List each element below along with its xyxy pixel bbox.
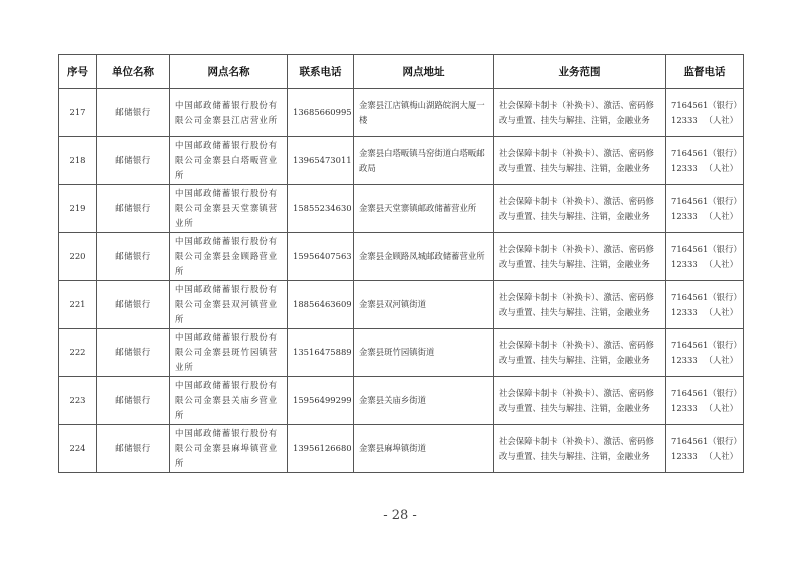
cell-outlet-name: 中国邮政储蓄银行股份有限公司金寨县关庙乡营业所: [170, 377, 288, 425]
supervision-hr-label: （人社）: [705, 449, 739, 464]
supervision-hr-label: （人社）: [705, 305, 739, 320]
header-index: 序号: [59, 55, 97, 89]
cell-contact-phone: 15855234630: [288, 185, 354, 233]
table-row: 223邮储银行中国邮政储蓄银行股份有限公司金寨县关庙乡营业所1595649929…: [59, 377, 744, 425]
cell-supervision-phone: 7164561（银行）12333（人社）: [666, 425, 744, 473]
cell-unit: 邮储银行: [97, 377, 170, 425]
supervision-hr-number: 12333: [671, 161, 698, 176]
supervision-hr-line: 12333（人社）: [671, 449, 738, 464]
supervision-hr-label: （人社）: [705, 401, 739, 416]
supervision-hr-number: 12333: [671, 209, 698, 224]
supervision-hr-label: （人社）: [705, 161, 739, 176]
cell-index: 219: [59, 185, 97, 233]
cell-business-scope: 社会保障卡制卡（补换卡）、激活、密码修改与重置、挂失与解挂、注销，金融业务: [494, 137, 666, 185]
cell-contact-phone: 18856463609: [288, 281, 354, 329]
cell-address: 金寨县白塔畈镇马窑街道白塔畈邮政局: [354, 137, 494, 185]
cell-index: 217: [59, 89, 97, 137]
supervision-bank-line: 7164561（银行）: [671, 338, 738, 353]
supervision-bank-line: 7164561（银行）: [671, 290, 738, 305]
cell-address: 金寨县江店镇梅山湖路皖润大厦一楼: [354, 89, 494, 137]
header-unit: 单位名称: [97, 55, 170, 89]
cell-supervision-phone: 7164561（银行）12333（人社）: [666, 89, 744, 137]
cell-contact-phone: 13516475889: [288, 329, 354, 377]
cell-contact-phone: 13956126680: [288, 425, 354, 473]
cell-business-scope: 社会保障卡制卡（补换卡）、激活、密码修改与重置、挂失与解挂、注销，金融业务: [494, 89, 666, 137]
cell-index: 224: [59, 425, 97, 473]
supervision-hr-number: 12333: [671, 449, 698, 464]
supervision-hr-line: 12333（人社）: [671, 305, 738, 320]
page-number: - 28 -: [0, 508, 800, 523]
supervision-hr-number: 12333: [671, 305, 698, 320]
cell-address: 金寨县双河镇街道: [354, 281, 494, 329]
cell-outlet-name: 中国邮政储蓄银行股份有限公司金寨县双河镇营业所: [170, 281, 288, 329]
cell-unit: 邮储银行: [97, 425, 170, 473]
cell-business-scope: 社会保障卡制卡（补换卡）、激活、密码修改与重置、挂失与解挂、注销，金融业务: [494, 329, 666, 377]
table-row: 217邮储银行中国邮政储蓄银行股份有限公司金寨县江店营业所13685660995…: [59, 89, 744, 137]
cell-unit: 邮储银行: [97, 137, 170, 185]
supervision-hr-label: （人社）: [705, 257, 739, 272]
table-row: 219邮储银行中国邮政储蓄银行股份有限公司金寨县天堂寨镇营业所158552346…: [59, 185, 744, 233]
supervision-hr-line: 12333（人社）: [671, 161, 738, 176]
cell-contact-phone: 13685660995: [288, 89, 354, 137]
supervision-bank-line: 7164561（银行）: [671, 434, 738, 449]
cell-outlet-name: 中国邮政储蓄银行股份有限公司金寨县江店营业所: [170, 89, 288, 137]
cell-unit: 邮储银行: [97, 281, 170, 329]
supervision-hr-line: 12333（人社）: [671, 257, 738, 272]
supervision-hr-label: （人社）: [705, 113, 739, 128]
supervision-hr-number: 12333: [671, 353, 698, 368]
cell-business-scope: 社会保障卡制卡（补换卡）、激活、密码修改与重置、挂失与解挂、注销，金融业务: [494, 377, 666, 425]
header-contact-phone: 联系电话: [288, 55, 354, 89]
cell-unit: 邮储银行: [97, 233, 170, 281]
supervision-hr-label: （人社）: [705, 209, 739, 224]
cell-outlet-name: 中国邮政储蓄银行股份有限公司金寨县金顾路营业所: [170, 233, 288, 281]
supervision-hr-number: 12333: [671, 113, 698, 128]
cell-supervision-phone: 7164561（银行）12333（人社）: [666, 233, 744, 281]
table-row: 218邮储银行中国邮政储蓄银行股份有限公司金寨县白塔畈营业所1396547301…: [59, 137, 744, 185]
table-header-row: 序号 单位名称 网点名称 联系电话 网点地址 业务范围 监督电话: [59, 55, 744, 89]
cell-contact-phone: 15956499299: [288, 377, 354, 425]
supervision-bank-line: 7164561（银行）: [671, 146, 738, 161]
table-row: 220邮储银行中国邮政储蓄银行股份有限公司金寨县金顾路营业所1595640756…: [59, 233, 744, 281]
cell-supervision-phone: 7164561（银行）12333（人社）: [666, 185, 744, 233]
supervision-hr-line: 12333（人社）: [671, 209, 738, 224]
supervision-bank-line: 7164561（银行）: [671, 242, 738, 257]
supervision-bank-line: 7164561（银行）: [671, 194, 738, 209]
supervision-bank-line: 7164561（银行）: [671, 386, 738, 401]
cell-outlet-name: 中国邮政储蓄银行股份有限公司金寨县天堂寨镇营业所: [170, 185, 288, 233]
cell-index: 220: [59, 233, 97, 281]
supervision-hr-number: 12333: [671, 257, 698, 272]
table-row: 224邮储银行中国邮政储蓄银行股份有限公司金寨县麻埠镇营业所1395612668…: [59, 425, 744, 473]
table-row: 221邮储银行中国邮政储蓄银行股份有限公司金寨县双河镇营业所1885646360…: [59, 281, 744, 329]
cell-supervision-phone: 7164561（银行）12333（人社）: [666, 137, 744, 185]
supervision-hr-line: 12333（人社）: [671, 353, 738, 368]
cell-business-scope: 社会保障卡制卡（补换卡）、激活、密码修改与重置、挂失与解挂、注销，金融业务: [494, 281, 666, 329]
cell-business-scope: 社会保障卡制卡（补换卡）、激活、密码修改与重置、挂失与解挂、注销，金融业务: [494, 185, 666, 233]
cell-business-scope: 社会保障卡制卡（补换卡）、激活、密码修改与重置、挂失与解挂、注销，金融业务: [494, 425, 666, 473]
cell-address: 金寨县金顾路凤城邮政储蓄营业所: [354, 233, 494, 281]
cell-address: 金寨县斑竹园镇街道: [354, 329, 494, 377]
header-supervision-phone: 监督电话: [666, 55, 744, 89]
supervision-hr-line: 12333（人社）: [671, 401, 738, 416]
cell-address: 金寨县麻埠镇街道: [354, 425, 494, 473]
cell-index: 218: [59, 137, 97, 185]
cell-address: 金寨县关庙乡街道: [354, 377, 494, 425]
cell-index: 223: [59, 377, 97, 425]
supervision-bank-line: 7164561（银行）: [671, 98, 738, 113]
service-outlet-table: 序号 单位名称 网点名称 联系电话 网点地址 业务范围 监督电话 217邮储银行…: [58, 54, 744, 473]
cell-contact-phone: 13965473011: [288, 137, 354, 185]
cell-supervision-phone: 7164561（银行）12333（人社）: [666, 281, 744, 329]
cell-supervision-phone: 7164561（银行）12333（人社）: [666, 329, 744, 377]
table-row: 222邮储银行中国邮政储蓄银行股份有限公司金寨县斑竹园镇营业所135164758…: [59, 329, 744, 377]
supervision-hr-number: 12333: [671, 401, 698, 416]
cell-contact-phone: 15956407563: [288, 233, 354, 281]
header-outlet-name: 网点名称: [170, 55, 288, 89]
header-address: 网点地址: [354, 55, 494, 89]
supervision-hr-label: （人社）: [705, 353, 739, 368]
cell-outlet-name: 中国邮政储蓄银行股份有限公司金寨县白塔畈营业所: [170, 137, 288, 185]
cell-unit: 邮储银行: [97, 185, 170, 233]
header-business-scope: 业务范围: [494, 55, 666, 89]
cell-outlet-name: 中国邮政储蓄银行股份有限公司金寨县麻埠镇营业所: [170, 425, 288, 473]
cell-unit: 邮储银行: [97, 89, 170, 137]
cell-unit: 邮储银行: [97, 329, 170, 377]
supervision-hr-line: 12333（人社）: [671, 113, 738, 128]
cell-index: 221: [59, 281, 97, 329]
cell-supervision-phone: 7164561（银行）12333（人社）: [666, 377, 744, 425]
cell-business-scope: 社会保障卡制卡（补换卡）、激活、密码修改与重置、挂失与解挂、注销，金融业务: [494, 233, 666, 281]
cell-outlet-name: 中国邮政储蓄银行股份有限公司金寨县斑竹园镇营业所: [170, 329, 288, 377]
cell-index: 222: [59, 329, 97, 377]
cell-address: 金寨县天堂寨镇邮政储蓄营业所: [354, 185, 494, 233]
